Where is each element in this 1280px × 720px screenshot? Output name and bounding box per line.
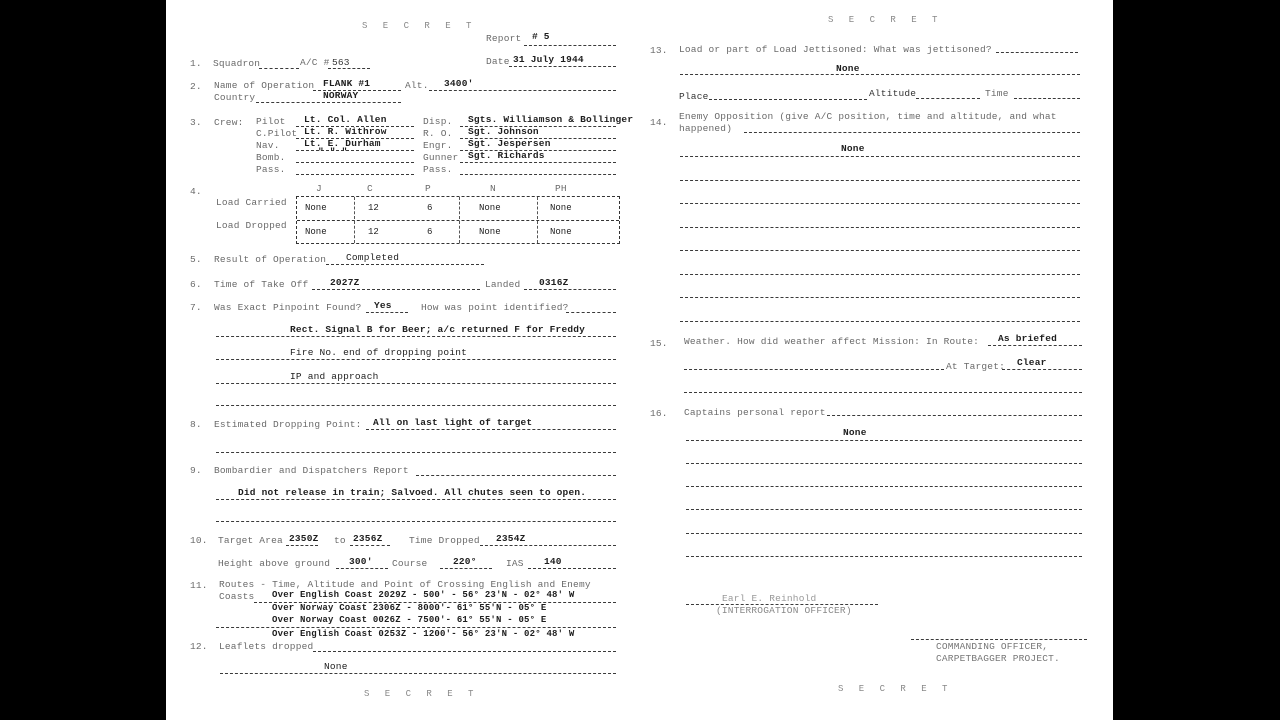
bombardier-label: Bombardier and Dispatchers Report bbox=[214, 465, 409, 476]
height-label: Height above ground bbox=[218, 558, 330, 569]
identification-line: Rect. Signal B for Beer; a/c returned F … bbox=[290, 324, 585, 335]
crew-role: Gunner bbox=[423, 152, 458, 163]
col-header: P bbox=[425, 183, 431, 194]
right-secret-footer: S E C R E T bbox=[838, 684, 952, 694]
answer-line bbox=[216, 383, 616, 384]
weather-label: Weather. How did weather affect Mission:… bbox=[684, 336, 979, 347]
weather-target-label: At Target: bbox=[946, 361, 1005, 372]
answer-line bbox=[216, 405, 616, 406]
route-line: Over English Coast 2029Z - 500' - 56° 23… bbox=[272, 590, 574, 600]
time-dropped-label: Time Dropped bbox=[409, 535, 480, 546]
answer-line bbox=[686, 486, 1082, 487]
col-header: J bbox=[316, 183, 322, 194]
crew-name: Lt. Col. Allen bbox=[304, 114, 387, 125]
item8-number: 8. bbox=[190, 419, 202, 430]
landed-label: Landed bbox=[485, 279, 520, 290]
answer-line bbox=[686, 440, 1082, 441]
captains-report-line bbox=[827, 415, 1082, 416]
item13-number: 13. bbox=[650, 45, 668, 56]
answer-line bbox=[680, 203, 1080, 204]
answer-line bbox=[744, 132, 1080, 133]
item5-number: 5. bbox=[190, 254, 202, 265]
crew-role: Pass. bbox=[256, 164, 286, 175]
target-from: 2350Z bbox=[289, 533, 319, 544]
date-label: Date bbox=[486, 56, 510, 67]
table-cell: None bbox=[305, 221, 327, 243]
document-page: S E C R E T S E C R E T Report # 5 Date … bbox=[166, 0, 1113, 720]
happened-label: happened) bbox=[679, 123, 732, 134]
answer-line bbox=[216, 336, 616, 337]
crew-line bbox=[460, 162, 616, 163]
row-label: Load Carried bbox=[216, 197, 287, 208]
crew-name: Sgts. Williamson & Bollinger bbox=[468, 114, 633, 125]
crew-line bbox=[460, 174, 616, 175]
ac-label: A/C # bbox=[300, 57, 330, 68]
pinpoint-value: Yes bbox=[374, 300, 392, 311]
table-cell: None bbox=[305, 197, 327, 219]
landed-value: 0316Z bbox=[539, 277, 569, 288]
route-line: Over English Coast 0253Z - 1200'- 56° 23… bbox=[272, 629, 574, 639]
col-divider bbox=[537, 197, 538, 219]
crew-role: C.Pilot bbox=[256, 128, 297, 139]
commanding-officer-project: CARPETBAGGER PROJECT. bbox=[936, 653, 1060, 664]
left-secret-footer: S E C R E T bbox=[364, 689, 478, 699]
target-area-label: Target Area bbox=[218, 535, 283, 546]
ias-value: 140 bbox=[544, 556, 562, 567]
routes-label: Routes - Time, Altitude and Point of Cro… bbox=[219, 579, 591, 590]
jettisoned-label: Load or part of Load Jettisoned: What wa… bbox=[679, 44, 992, 55]
crew-role: Nav. bbox=[256, 140, 280, 151]
answer-line bbox=[684, 392, 1082, 393]
table-cell: None bbox=[550, 221, 572, 243]
weather-route-line bbox=[988, 345, 1082, 346]
jettisoned-value: None bbox=[836, 63, 860, 74]
item10-number: 10. bbox=[190, 535, 208, 546]
squadron-line bbox=[259, 68, 299, 69]
place-label: Place bbox=[679, 91, 709, 102]
how-identified-line bbox=[566, 312, 616, 313]
bombardier-line bbox=[416, 475, 616, 476]
route-line: Over Norway Coast 2306Z - 8000'- 61° 55'… bbox=[272, 603, 546, 613]
target-from-line bbox=[286, 545, 318, 546]
answer-line bbox=[680, 250, 1080, 251]
answer-line bbox=[680, 297, 1080, 298]
weather-target-line bbox=[1002, 369, 1082, 370]
table-cell: 6 bbox=[427, 221, 432, 243]
route-line: Over Norway Coast 0026Z - 7500'- 61° 55'… bbox=[272, 615, 546, 625]
col-divider bbox=[537, 221, 538, 243]
item4-number: 4. bbox=[190, 186, 202, 197]
answer-line bbox=[680, 274, 1080, 275]
captains-report-value: None bbox=[843, 427, 867, 438]
table-cell: 6 bbox=[427, 197, 432, 219]
table-cell: 12 bbox=[368, 197, 379, 219]
weather-route-value: As briefed bbox=[998, 333, 1057, 344]
answer-line bbox=[686, 556, 1082, 557]
item11-number: 11. bbox=[190, 580, 208, 591]
result-label: Result of Operation bbox=[214, 254, 326, 265]
country-label: Country bbox=[214, 92, 255, 103]
course-line bbox=[440, 568, 492, 569]
alt-label: Alt. bbox=[405, 80, 429, 91]
answer-line bbox=[680, 74, 1080, 75]
crew-role: Pass. bbox=[423, 164, 453, 175]
pinpoint-line bbox=[366, 312, 408, 313]
item3-number: 3. bbox=[190, 117, 202, 128]
item12-number: 12. bbox=[190, 641, 208, 652]
load-table: None 12 6 None None None 12 6 None None bbox=[296, 196, 620, 244]
bombardier-value: Did not release in train; Salvoed. All c… bbox=[238, 487, 586, 498]
col-header: PH bbox=[555, 183, 567, 194]
crew-role: Engr. bbox=[423, 140, 453, 151]
altitude-line bbox=[916, 98, 980, 99]
table-cell: None bbox=[479, 221, 501, 243]
table-row: None 12 6 None None bbox=[297, 220, 619, 243]
enemy-opposition-label: Enemy Opposition (give A/C position, tim… bbox=[679, 111, 1057, 122]
crew-role: Disp. bbox=[423, 116, 453, 127]
takeoff-label: Time of Take Off bbox=[214, 279, 308, 290]
answer-line bbox=[216, 521, 616, 522]
altitude-label: Altitude bbox=[869, 88, 916, 99]
answer-line bbox=[686, 509, 1082, 510]
crew-name: Sgt. Johnson bbox=[468, 126, 539, 137]
item16-number: 16. bbox=[650, 408, 668, 419]
item1-number: 1. bbox=[190, 58, 202, 69]
report-label: Report bbox=[486, 33, 521, 44]
time-line bbox=[1014, 98, 1080, 99]
crew-line bbox=[296, 150, 414, 151]
leaflets-label: Leaflets dropped bbox=[219, 641, 313, 652]
table-row: None 12 6 None None bbox=[297, 197, 619, 219]
operation-value: FLANK #1 bbox=[323, 78, 370, 89]
target-to-line bbox=[350, 545, 390, 546]
captains-report-label: Captains personal report bbox=[684, 407, 826, 418]
country-line bbox=[256, 102, 401, 103]
country-value: NORWAY bbox=[323, 90, 358, 101]
squadron-label: Squadron bbox=[213, 58, 260, 69]
ias-label: IAS bbox=[506, 558, 524, 569]
signature-line bbox=[911, 639, 1087, 640]
item14-number: 14. bbox=[650, 117, 668, 128]
height-value: 300' bbox=[349, 556, 373, 567]
how-identified-label: How was point identified? bbox=[421, 302, 569, 313]
item7-number: 7. bbox=[190, 302, 202, 313]
dropping-point-value: All on last light of target bbox=[373, 417, 532, 428]
col-divider bbox=[459, 221, 460, 243]
answer-line bbox=[216, 452, 616, 453]
commanding-officer-title: COMMANDING OFFICER, bbox=[936, 641, 1048, 652]
item2-number: 2. bbox=[190, 81, 202, 92]
time-dropped-line bbox=[480, 545, 616, 546]
crew-role: Pilot bbox=[256, 116, 286, 127]
crew-role: Bomb. bbox=[256, 152, 286, 163]
time-dropped-value: 2354Z bbox=[496, 533, 526, 544]
answer-line bbox=[220, 673, 616, 674]
answer-line bbox=[686, 533, 1082, 534]
crew-line bbox=[296, 162, 414, 163]
right-secret-header: S E C R E T bbox=[828, 15, 942, 25]
crew-label: Crew: bbox=[214, 117, 244, 128]
report-number: # 5 bbox=[532, 31, 550, 42]
col-header: C bbox=[367, 183, 373, 194]
table-cell: None bbox=[550, 197, 572, 219]
answer-line bbox=[216, 499, 616, 500]
answer-line bbox=[680, 227, 1080, 228]
alt-line bbox=[429, 90, 616, 91]
crew-line bbox=[296, 174, 414, 175]
route-underline bbox=[216, 627, 616, 628]
landed-line bbox=[524, 289, 616, 290]
takeoff-value: 2027Z bbox=[330, 277, 360, 288]
pinpoint-label: Was Exact Pinpoint Found? bbox=[214, 302, 362, 313]
takeoff-line bbox=[312, 289, 480, 290]
col-divider bbox=[354, 197, 355, 219]
place-line bbox=[709, 99, 867, 100]
dropping-point-label: Estimated Dropping Point: bbox=[214, 419, 362, 430]
crew-role: R. O. bbox=[423, 128, 453, 139]
date-value: 31 July 1944 bbox=[513, 54, 584, 65]
col-divider bbox=[354, 221, 355, 243]
table-cell: None bbox=[479, 197, 501, 219]
answer-line bbox=[680, 321, 1080, 322]
answer-line bbox=[680, 180, 1080, 181]
interrogation-officer-title: (INTERROGATION OFFICER) bbox=[716, 605, 852, 616]
enemy-opposition-value: None bbox=[841, 143, 865, 154]
course-label: Course bbox=[392, 558, 427, 569]
ias-line bbox=[528, 568, 616, 569]
course-value: 220° bbox=[453, 556, 477, 567]
crew-name: Lt. R. Withrow bbox=[304, 126, 387, 137]
item6-number: 6. bbox=[190, 279, 202, 290]
coasts-label: Coasts bbox=[219, 591, 254, 602]
answer-line bbox=[684, 369, 944, 370]
leaflets-value: None bbox=[324, 661, 348, 672]
col-divider bbox=[459, 197, 460, 219]
ac-value: 563 bbox=[332, 57, 350, 68]
interrogation-officer-name: Earl E. Reinhold bbox=[722, 593, 816, 604]
leaflets-line bbox=[313, 651, 616, 652]
result-value: Completed bbox=[346, 252, 399, 263]
item9-number: 9. bbox=[190, 465, 202, 476]
answer-line bbox=[686, 463, 1082, 464]
col-header: N bbox=[490, 183, 496, 194]
to-label: to bbox=[334, 535, 346, 546]
report-line bbox=[524, 45, 616, 46]
ac-line bbox=[328, 68, 370, 69]
left-secret-header: S E C R E T bbox=[362, 21, 476, 31]
alt-value: 3400' bbox=[444, 78, 474, 89]
date-line bbox=[509, 66, 616, 67]
target-to: 2356Z bbox=[353, 533, 383, 544]
table-cell: 12 bbox=[368, 221, 379, 243]
result-line bbox=[326, 264, 484, 265]
answer-line bbox=[216, 359, 616, 360]
jettisoned-line bbox=[996, 52, 1078, 53]
dropping-point-line bbox=[366, 429, 616, 430]
height-line bbox=[336, 568, 388, 569]
identification-line: IP and approach bbox=[290, 371, 379, 382]
crew-name: Sgt. Jespersen bbox=[468, 138, 551, 149]
time-label: Time bbox=[985, 88, 1009, 99]
crew-name: Sgt. Richards bbox=[468, 150, 545, 161]
item15-number: 15. bbox=[650, 338, 668, 349]
answer-line bbox=[680, 156, 1080, 157]
row-label: Load Dropped bbox=[216, 220, 287, 231]
identification-line: Fire No. end of dropping point bbox=[290, 347, 467, 358]
crew-name: " " " bbox=[318, 146, 348, 157]
weather-target-value: Clear bbox=[1017, 357, 1047, 368]
operation-label: Name of Operation bbox=[214, 80, 314, 91]
